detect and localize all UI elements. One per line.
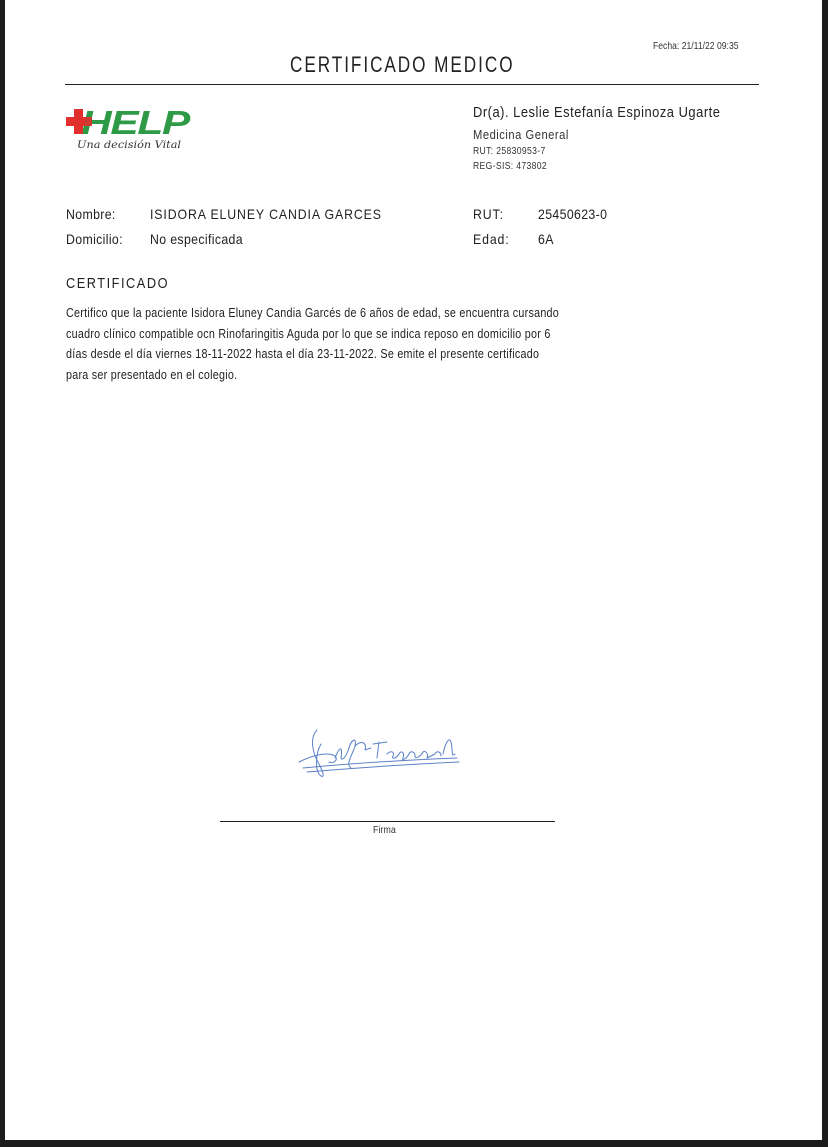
signature-label: Firma xyxy=(373,824,396,836)
edad-label: Edad: xyxy=(473,231,510,247)
nombre-value: ISIDORA ELUNEY CANDIA GARCES xyxy=(150,206,382,222)
certificate-page: Fecha: 21/11/22 09:35 CERTIFICADO MEDICO… xyxy=(5,0,822,1140)
doctor-name: Dr(a). Leslie Estefanía Espinoza Ugarte xyxy=(473,104,720,121)
svg-text:Una decisión Vital: Una decisión Vital xyxy=(77,140,181,151)
doctor-reg-sis: REG-SIS: 473802 xyxy=(473,161,720,172)
certificate-line: Certifico que la paciente Isidora Eluney… xyxy=(66,303,559,324)
doctor-info: Dr(a). Leslie Estefanía Espinoza Ugarte … xyxy=(473,104,761,172)
header-divider xyxy=(65,84,759,85)
signature xyxy=(295,724,465,782)
doctor-specialty: Medicina General xyxy=(473,127,720,142)
edad-value: 6A xyxy=(538,231,554,247)
domicilio-value: No especificada xyxy=(150,231,243,247)
help-logo-icon: HELP Una decisión Vital xyxy=(65,106,195,152)
doctor-rut: RUT: 25830953-7 xyxy=(473,146,720,157)
svg-text:HELP: HELP xyxy=(81,106,192,141)
help-logo: HELP Una decisión Vital xyxy=(65,106,195,152)
domicilio-label: Domicilio: xyxy=(66,231,123,247)
nombre-label: Nombre: xyxy=(66,206,116,222)
signature-icon xyxy=(295,724,465,782)
signature-line xyxy=(220,821,555,822)
certificate-line: días desde el día viernes 18-11-2022 has… xyxy=(66,344,559,365)
rut-value: 25450623-0 xyxy=(538,206,607,222)
rut-label: RUT: xyxy=(473,206,504,222)
issue-date: Fecha: 21/11/22 09:35 xyxy=(653,40,739,52)
certificate-line: cuadro clínico compatible ocn Rinofaring… xyxy=(66,324,559,345)
certificate-section-title: CERTIFICADO xyxy=(66,275,169,292)
certificate-body: Certifico que la paciente Isidora Eluney… xyxy=(66,303,639,386)
document-title: CERTIFICADO MEDICO xyxy=(290,52,515,78)
certificate-line: para ser presentado en el colegio. xyxy=(66,365,559,386)
